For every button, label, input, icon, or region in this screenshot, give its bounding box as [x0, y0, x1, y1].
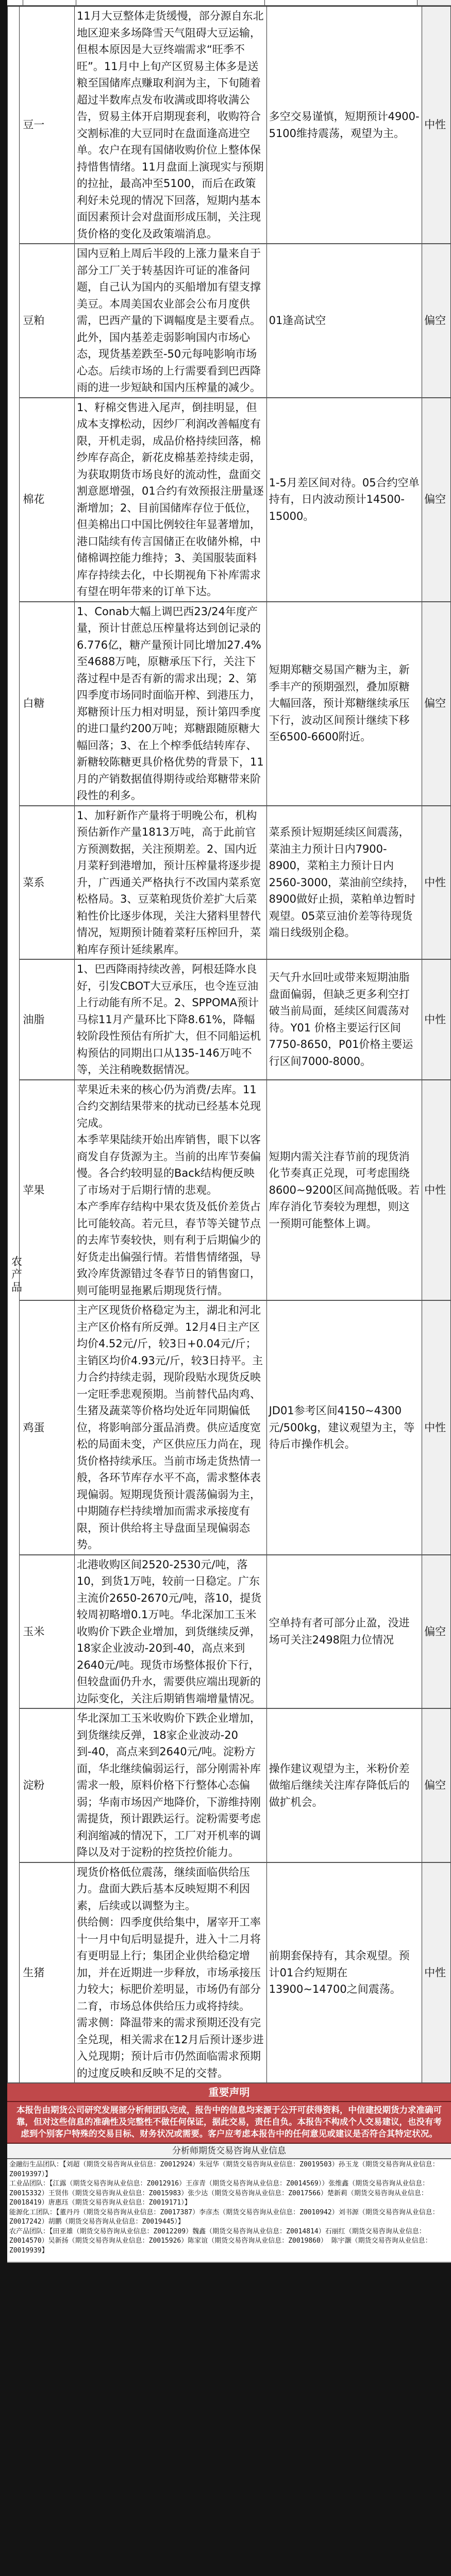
strategy-cell: 短期郑糖交易国产糖为主，新季丰产的预期强烈，叠加原糖大幅回落，预计郑糖继续承压下…: [266, 602, 422, 806]
view-cell: 中性: [422, 1300, 451, 1555]
strategy-cell: 短期内需关注春节前的现货消化节奏真正兑现，可考虑围绕8600~9200区间高抛低…: [266, 1080, 422, 1301]
strategy-cell: JD01参考区间4150~4300元/500kg，建议观望为主，等待后市操作机会…: [266, 1300, 422, 1555]
view-cell: 中性: [422, 806, 451, 960]
analyst-info-title: 分析师期货交易咨询从业信息: [7, 2144, 451, 2159]
table-row: 淀粉 华北深加工玉米收购价下跌企业增加，到货继续反弹，18家企业波动-20到-4…: [8, 1708, 451, 1862]
table-row: 棉花 1、籽棉交售进入尾声，倒挂明显，但成本支撑松动，因纱厂利润改善幅度有限，开…: [8, 398, 451, 602]
table-row: 玉米 北港收购区间2520-2530元/吨，落10，到货1万吨，较前一日稳定。广…: [8, 1555, 451, 1709]
analysis-cell: 国内豆粕上周后半段的上涨力量来自于部分工厂关于转基因许可证的准备问题，自己认为国…: [74, 244, 266, 398]
view-cell: 中性: [422, 1080, 451, 1301]
strategy-cell: 天气升水回吐或带来短期油脂盘面偏弱，但缺乏更多利空打破当前局面，延续区间震荡对待…: [266, 959, 422, 1080]
notice-body: 本报告由期货公司研究发展部分析师团队完成，报告中的信息均来源于公开可获得资料，中…: [7, 2102, 451, 2144]
strategy-cell: 多空交易谨慎，短期预计4900-5100维持震荡，观望为主。: [266, 7, 422, 244]
table-row: 鸡蛋 主产区现货价格稳定为主，湖北和河北主产区价格有所反弹。12月4日主产区均价…: [8, 1300, 451, 1555]
table-row: 生猪 现货价格低位震荡，继续面临供给压力。盘面大跌后基本反映短期不利因素，后续或…: [8, 1862, 451, 2083]
notice-title: 重要声明: [7, 2083, 451, 2102]
product-cell: 油脂: [20, 959, 75, 1080]
team-energy-chemical: 能源化工团队：【董丹丹（期货交易咨询从业信息：Z0017387）李彦杰（期货交易…: [9, 2208, 449, 2227]
product-cell: 白糖: [20, 602, 75, 806]
analysis-cell: 北港收购区间2520-2530元/吨，落10，到货1万吨，较前一日稳定。广东主流…: [74, 1555, 266, 1709]
view-cell: 中性: [422, 7, 451, 244]
product-cell: 鸡蛋: [20, 1300, 75, 1555]
product-cell: 苹果: [20, 1080, 75, 1301]
sector-cell: 农产品: [8, 7, 20, 2083]
analysis-cell: 1、巴西降雨持续改善，阿根廷降水良好，引发CBOT大豆承压，也令连豆油上行动能有…: [74, 959, 266, 1080]
product-cell: 菜系: [20, 806, 75, 960]
analysis-cell: 现货价格低位震荡，继续面临供给压力。盘面大跌后基本反映短期不利因素，后续或以调整…: [74, 1862, 266, 2083]
view-cell: 偏空: [422, 1708, 451, 1862]
team-financial: 金融衍生品团队：【刘超（期货交易咨询从业信息：Z0012924）朱冠华（期货交易…: [9, 2160, 449, 2179]
analysis-cell: 1、籽棉交售进入尾声，倒挂明显，但成本支撑松动，因纱厂利润改善幅度有限，开机走弱…: [74, 398, 266, 602]
strategy-cell: 1-5月差区间对待。05合约空单持有，日内波动预计14500-15000。: [266, 398, 422, 602]
analyst-info-list: 金融衍生品团队：【刘超（期货交易咨询从业信息：Z0012924）朱冠华（期货交易…: [7, 2159, 451, 2263]
analysis-cell: 1、Conab大幅上调巴西23/24年度产量，预计甘蔗总压榨量将达到创记录的6.…: [74, 602, 266, 806]
table-row: 豆粕 国内豆粕上周后半段的上涨力量来自于部分工厂关于转基因许可证的准备问题，自己…: [8, 244, 451, 398]
table-row: 油脂 1、巴西降雨持续改善，阿根廷降水良好，引发CBOT大豆承压，也令连豆油上行…: [8, 959, 451, 1080]
view-cell: 偏空: [422, 244, 451, 398]
product-cell: 豆一: [20, 7, 75, 244]
table-row: 农产品 豆一 11月大豆整体走货缓慢，部分源自东北地区迎来多场降雪天气阻碍大豆运…: [8, 7, 451, 244]
analysis-cell: 1、加籽新作产量将于明晚公布，机构预估新作产量1813万吨，高于此前官方预测数据…: [74, 806, 266, 960]
analysis-cell: 苹果近未来的核心仍为消费/去库。11合约交割结果带来的扰动已经基本兑现完成。 本…: [74, 1080, 266, 1301]
product-cell: 豆粕: [20, 244, 75, 398]
previous-row-remnant: [7, 0, 451, 6]
strategy-cell: 01逢高试空: [266, 244, 422, 398]
view-cell: 偏空: [422, 602, 451, 806]
commodity-outlook-table: 农产品 豆一 11月大豆整体走货缓慢，部分源自东北地区迎来多场降雪天气阻碍大豆运…: [7, 6, 451, 2083]
team-agricultural: 农产品团队：【田亚雄（期货交易咨询从业信息：Z0012209）魏鑫（期货交易咨询…: [9, 2227, 449, 2256]
strategy-cell: 菜系预计短期延续区间震荡，菜油主力预计日内7900-8900，菜粕主力预计日内2…: [266, 806, 422, 960]
product-cell: 棉花: [20, 398, 75, 602]
report-page: 农产品 豆一 11月大豆整体走货缓慢，部分源自东北地区迎来多场降雪天气阻碍大豆运…: [7, 0, 451, 2263]
strategy-cell: 操作建议观望为主，米粉价差做缩后继续关注库存降低后的做扩机会。: [266, 1708, 422, 1862]
table-row: 菜系 1、加籽新作产量将于明晚公布，机构预估新作产量1813万吨，高于此前官方预…: [8, 806, 451, 960]
strategy-cell: 前期套保持有，其余观望。预计01合约短期在13900~14700之间震荡。: [266, 1862, 422, 2083]
analysis-cell: 华北深加工玉米收购价下跌企业增加，到货继续反弹，18家企业波动-20到-40，高…: [74, 1708, 266, 1862]
strategy-cell: 空单持有者可部分止盈，没进场可关注2498阻力位情况: [266, 1555, 422, 1709]
view-cell: 中性: [422, 1862, 451, 2083]
table-row: 苹果 苹果近未来的核心仍为消费/去库。11合约交割结果带来的扰动已经基本兑现完成…: [8, 1080, 451, 1301]
team-industrial: 工业品团队：【江露（期货交易咨询从业信息：Z0012916）王彦青（期货交易咨询…: [9, 2179, 449, 2208]
analysis-cell: 11月大豆整体走货缓慢，部分源自东北地区迎来多场降雪天气阻碍大豆运输，但根本原因…: [74, 7, 266, 244]
view-cell: 偏空: [422, 398, 451, 602]
product-cell: 淀粉: [20, 1708, 75, 1862]
analysis-cell: 主产区现货价格稳定为主，湖北和河北主产区价格有所反弹。12月4日主产区均价4.5…: [74, 1300, 266, 1555]
product-cell: 生猪: [20, 1862, 75, 2083]
view-cell: 偏空: [422, 1555, 451, 1709]
product-cell: 玉米: [20, 1555, 75, 1709]
table-row: 白糖 1、Conab大幅上调巴西23/24年度产量，预计甘蔗总压榨量将达到创记录…: [8, 602, 451, 806]
view-cell: 中性: [422, 959, 451, 1080]
